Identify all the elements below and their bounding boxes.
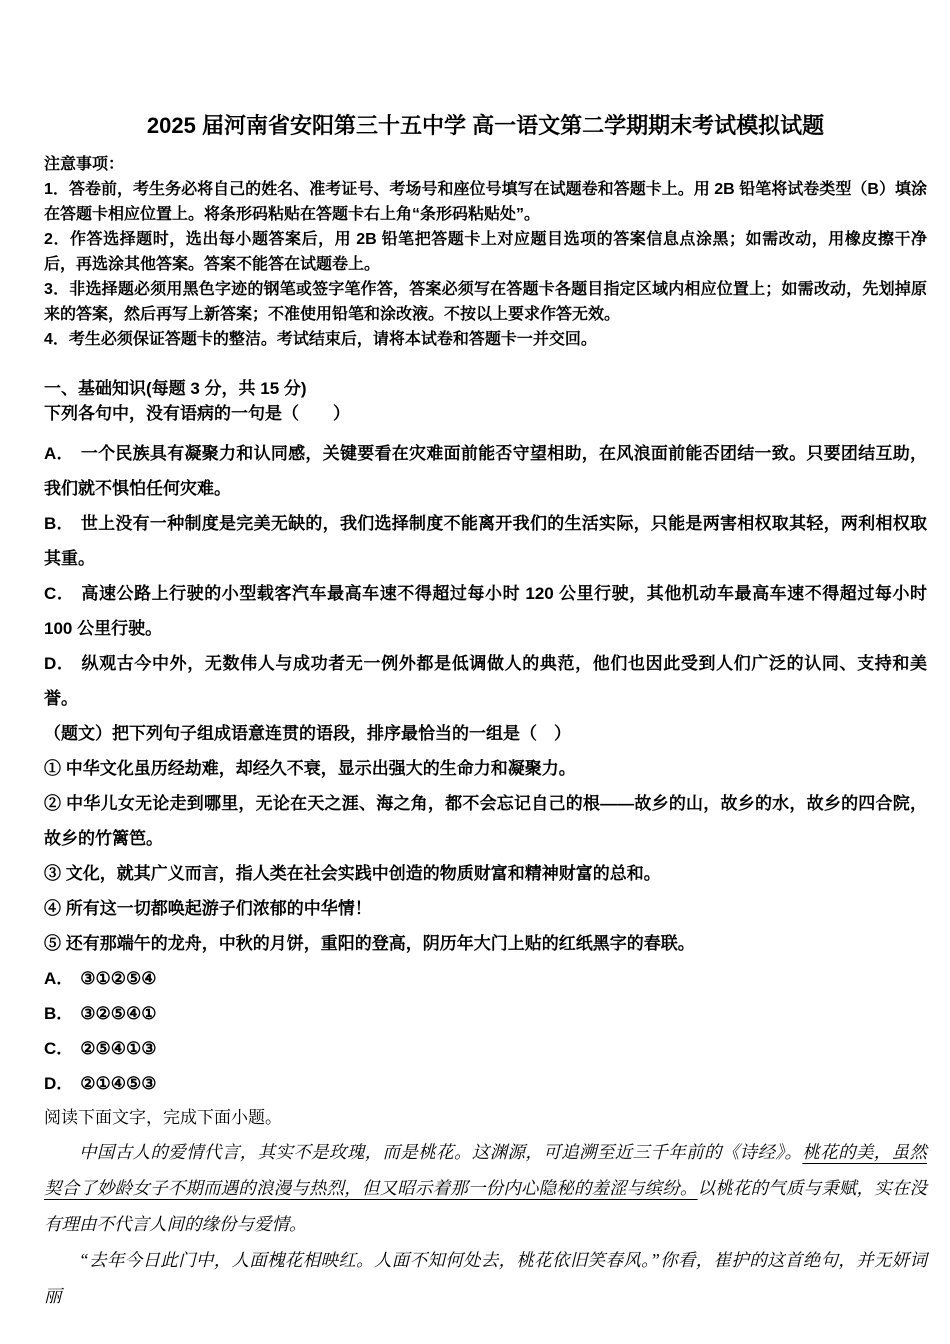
q1-option-b-text: 世上没有一种制度是完美无缺的，我们选择制度不能离开我们的生活实际，只能是两害相权… — [44, 514, 927, 568]
passage-paragraph-1: 中国古人的爱情代言，其实不是玫瑰，而是桃花。这渊源，可追溯至近三千年前的《诗经》… — [44, 1134, 927, 1242]
q2-option-b: B．③②⑤④① — [44, 996, 927, 1031]
notice-section: 注意事项： 1．答卷前，考生务必将自己的姓名、准考证号、考场号和座位号填写在试题… — [44, 152, 927, 352]
question-2: （题文）把下列句子组成语意连贯的语段，排序最恰当的一组是（ ） ① 中华文化虽历… — [44, 716, 927, 1101]
section-one: 一、基础知识(每题 3 分，共 15 分) 下列各句中，没有语病的一句是（ ） … — [44, 376, 927, 1314]
q2-sentence-1: ① 中华文化虽历经劫难，却经久不衰，显示出强大的生命力和凝聚力。 — [44, 751, 927, 786]
notice-item: 3．非选择题必须用黑色字迹的钢笔或签字笔作答，答案必须写在答题卡各题目指定区域内… — [44, 277, 927, 327]
q2-option-c-text: ②⑤④①③ — [80, 1039, 156, 1058]
q2-sentence-4: ④ 所有这一切都唤起游子们浓郁的中华情！ — [44, 891, 927, 926]
q2-sentence-2: ② 中华儿女无论走到哪里，无论在天之涯、海之角，都不会忘记自己的根——故乡的山，… — [44, 786, 927, 856]
question-1-stem: 下列各句中，没有语病的一句是（ ） — [44, 401, 927, 426]
q1-option-a-label: A． — [44, 444, 74, 463]
section-one-heading: 一、基础知识(每题 3 分，共 15 分) — [44, 376, 927, 401]
q1-option-b-label: B． — [44, 514, 74, 533]
q2-option-b-text: ③②⑤④① — [80, 1004, 156, 1023]
q2-option-b-label: B． — [44, 1004, 73, 1023]
q1-option-b: B．世上没有一种制度是完美无缺的，我们选择制度不能离开我们的生活实际，只能是两害… — [44, 506, 927, 576]
q2-option-d-text: ②①④⑤③ — [80, 1074, 156, 1093]
question-1: 下列各句中，没有语病的一句是（ ） A．一个民族具有凝聚力和认同感，关键要看在灾… — [44, 401, 927, 716]
q2-option-a-label: A． — [44, 969, 73, 988]
q1-option-a-text: 一个民族具有凝聚力和认同感，关键要看在灾难面前能否守望相助，在风浪面前能否团结一… — [44, 444, 927, 498]
notice-item: 2．作答选择题时，选出每小题答案后，用 2B 铅笔把答题卡上对应题目选项的答案信… — [44, 227, 927, 277]
q1-option-c-label: C． — [44, 584, 74, 603]
notice-item: 4．考生必须保证答题卡的整洁。考试结束后，请将本试卷和答题卡一并交回。 — [44, 327, 927, 352]
q2-option-c-label: C． — [44, 1039, 73, 1058]
q1-option-a: A．一个民族具有凝聚力和认同感，关键要看在灾难面前能否守望相助，在风浪面前能否团… — [44, 436, 927, 506]
q2-sentence-5: ⑤ 还有那端午的龙舟，中秋的月饼，重阳的登高，阴历年大门上贴的红纸黑字的春联。 — [44, 926, 927, 961]
q1-option-d: D．纵观古今中外，无数伟人与成功者无一例外都是低调做人的典范，他们也因此受到人们… — [44, 646, 927, 716]
q2-option-a: A．③①②⑤④ — [44, 961, 927, 996]
exam-document-page: 2025 届河南省安阳第三十五中学 高一语文第二学期期末考试模拟试题 注意事项：… — [0, 0, 950, 1344]
q1-option-c-text: 高速公路上行驶的小型载客汽车最高车速不得超过每小时 120 公里行驶，其他机动车… — [44, 584, 927, 638]
q2-option-d: D．②①④⑤③ — [44, 1066, 927, 1101]
q2-option-d-label: D． — [44, 1074, 73, 1093]
q2-option-c: C．②⑤④①③ — [44, 1031, 927, 1066]
page-title: 2025 届河南省安阳第三十五中学 高一语文第二学期期末考试模拟试题 — [44, 112, 927, 140]
notice-item: 1．答卷前，考生务必将自己的姓名、准考证号、考场号和座位号填写在试题卷和答题卡上… — [44, 177, 927, 227]
q1-option-d-label: D． — [44, 654, 75, 673]
q1-option-d-text: 纵观古今中外，无数伟人与成功者无一例外都是低调做人的典范，他们也因此受到人们广泛… — [44, 654, 927, 708]
question-2-stem: （题文）把下列句子组成语意连贯的语段，排序最恰当的一组是（ ） — [44, 716, 927, 751]
reading-passage: 中国古人的爱情代言，其实不是玫瑰，而是桃花。这渊源，可追溯至近三千年前的《诗经》… — [44, 1134, 927, 1314]
passage-p1-lead: 中国古人的爱情代言，其实不是玫瑰，而是桃花。这渊源，可追溯至近三千年前的《诗经》… — [79, 1142, 802, 1162]
q2-sentence-3: ③ 文化，就其广义而言，指人类在社会实践中创造的物质财富和精神财富的总和。 — [44, 856, 927, 891]
passage-paragraph-2: “去年今日此门中，人面槐花相映红。人面不知何处去，桃花依旧笑春风。”你看，崔护的… — [44, 1242, 927, 1314]
q2-option-a-text: ③①②⑤④ — [80, 969, 156, 988]
q1-option-c: C．高速公路上行驶的小型载客汽车最高车速不得超过每小时 120 公里行驶，其他机… — [44, 576, 927, 646]
notice-heading: 注意事项： — [44, 152, 927, 177]
reading-intro: 阅读下面文字，完成下面小题。 — [44, 1101, 927, 1134]
